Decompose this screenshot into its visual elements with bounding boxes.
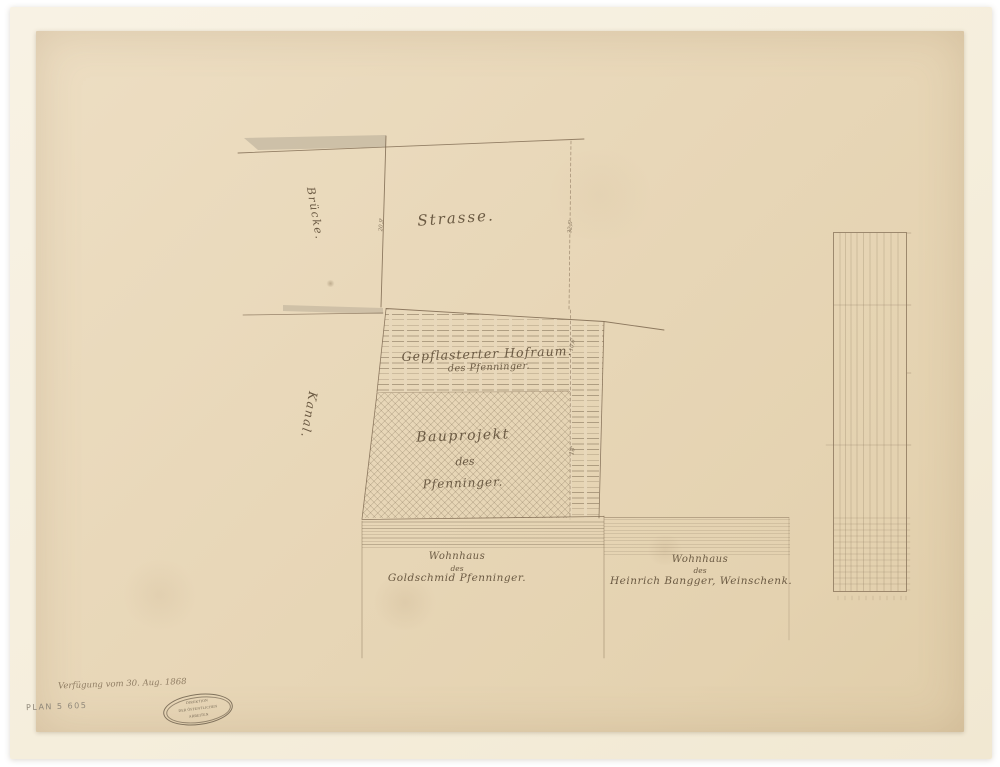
scanned-plan-page: Strasse. Brücke. Kanal. Gepflasterter Ho…: [0, 0, 1000, 767]
plan-sheet: [36, 31, 964, 732]
measurement-2: 32,5': [566, 219, 573, 233]
measurement-1: 20,9': [377, 217, 384, 231]
